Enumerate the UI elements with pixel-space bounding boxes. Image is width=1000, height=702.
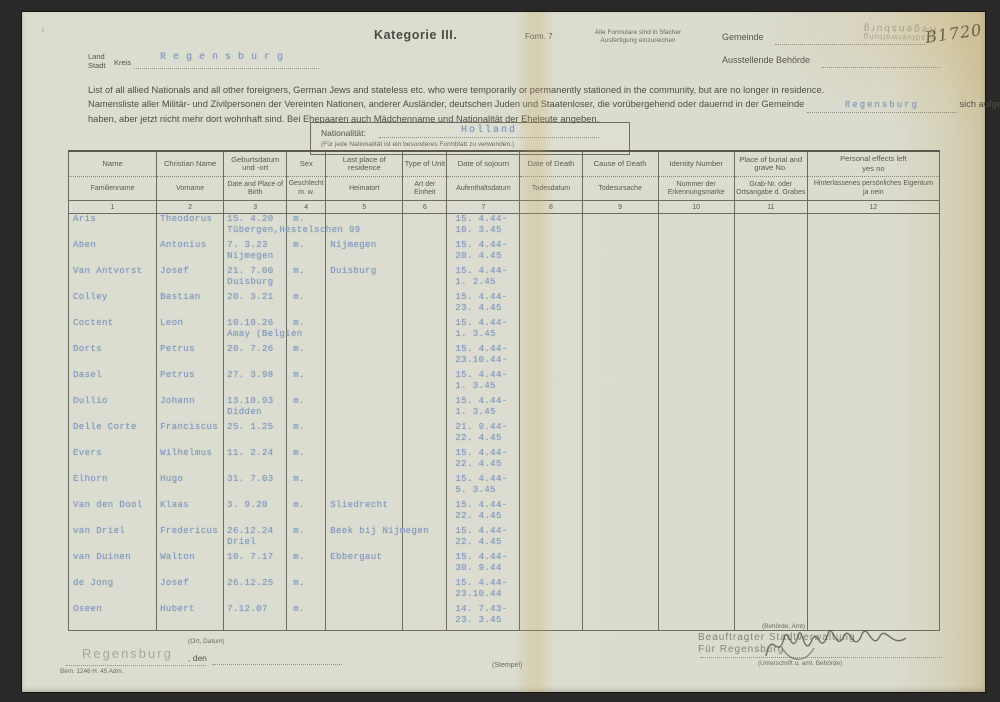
- cell-vorname: Bastian: [157, 292, 224, 318]
- cell-burial-place: [734, 292, 807, 318]
- table-row: Van AntvorstJosef21. 7.00Duisburgm.Duisb…: [69, 266, 940, 292]
- cell-death-date: [520, 578, 582, 604]
- cell-birth: 10.10.26Amay (Belgien: [224, 318, 287, 344]
- cell-personal-effects: [807, 500, 939, 526]
- cell-sojourn: 15. 4.44-22. 4.45: [447, 526, 520, 552]
- cell-identity-number: [658, 240, 734, 266]
- cell-sex: m.: [287, 396, 326, 422]
- cell-birth: 3. 9.20: [224, 500, 287, 526]
- cell-unit: [403, 422, 447, 448]
- cell-sojourn: 21. 9.44-22. 4.45: [447, 422, 520, 448]
- cell-personal-effects: [807, 266, 939, 292]
- table-row: de JongJosef26.12.25m.15. 4.44-23.10.44: [69, 578, 940, 604]
- cell-residence: Ebbergaut: [326, 552, 403, 578]
- column-header-1-en: Name: [69, 151, 157, 177]
- intro-german-text2: sich aufgehalten: [960, 99, 1000, 109]
- cell-sojourn: 15. 4.44-1. 3.45: [447, 370, 520, 396]
- cell-burial-place: [734, 578, 807, 604]
- column-header-11-en: Place of burial and grave No.: [734, 151, 807, 177]
- cell-familienname: Colley: [69, 292, 157, 318]
- cell-residence: [326, 448, 403, 474]
- column-header-8-num: 8: [520, 201, 582, 214]
- cell-death-date: [520, 422, 582, 448]
- column-header-6-num: 6: [403, 201, 447, 214]
- cell-unit: [403, 500, 447, 526]
- cell-unit: [403, 344, 447, 370]
- cell-unit: [403, 578, 447, 604]
- cell-unit: [403, 604, 447, 631]
- cell-birth: 31. 7.03: [224, 474, 287, 500]
- cell-vorname: Franciscus: [157, 422, 224, 448]
- cell-sex: m.: [287, 422, 326, 448]
- column-header-5-en: Last place of residence: [326, 151, 403, 177]
- table-row: DaselPetrus27. 3.98m.15. 4.44-1. 3.45: [69, 370, 940, 396]
- column-header-7-num: 7: [447, 201, 520, 214]
- cell-sojourn: 15. 4.44-1. 3.45: [447, 396, 520, 422]
- cell-vorname: Theodorus: [157, 214, 224, 241]
- cell-sex: m.: [287, 266, 326, 292]
- cell-identity-number: [658, 318, 734, 344]
- header-row-band-num: 123456789101112: [69, 201, 940, 214]
- cell-death-date: [520, 526, 582, 552]
- gemeinde-fill-line: [775, 44, 925, 45]
- kreis-label: Kreis: [114, 58, 131, 67]
- cell-burial-place: [734, 500, 807, 526]
- cell-burial-place: [734, 526, 807, 552]
- cell-residence: Duisburg: [326, 266, 403, 292]
- cell-burial-place: [734, 344, 807, 370]
- cell-death-cause: [582, 552, 658, 578]
- column-header-5-num: 5: [326, 201, 403, 214]
- cell-vorname: Johann: [157, 396, 224, 422]
- cell-sex: m.: [287, 344, 326, 370]
- column-header-2-num: 2: [157, 201, 224, 214]
- cell-identity-number: [658, 422, 734, 448]
- column-header-10-en: Identity Number: [658, 151, 734, 177]
- cell-unit: [403, 240, 447, 266]
- category-title: Kategorie III.: [374, 28, 457, 42]
- cell-vorname: Josef: [157, 266, 224, 292]
- cell-sojourn: 14. 7.43-23. 3.45: [447, 604, 520, 631]
- cell-death-cause: [582, 500, 658, 526]
- column-header-11-de: Grab-Nr. oder Ortsangabe d. Grabes: [734, 177, 807, 201]
- cell-death-date: [520, 500, 582, 526]
- intro-german-line1: Namensliste aller Militär- und Zivilpers…: [88, 98, 918, 114]
- cell-personal-effects: [807, 292, 939, 318]
- cell-personal-effects: [807, 214, 939, 241]
- cell-death-cause: [582, 604, 658, 631]
- cell-residence: [326, 578, 403, 604]
- nationality-note: (Für jede Nationalität ist ein besondere…: [321, 141, 514, 148]
- cell-death-cause: [582, 344, 658, 370]
- cell-familienname: Delle Corte: [69, 422, 157, 448]
- cell-death-date: [520, 214, 582, 241]
- cell-death-cause: [582, 214, 658, 241]
- date-fill-line: [212, 664, 342, 665]
- cell-identity-number: [658, 500, 734, 526]
- cell-birth: 26.12.25: [224, 578, 287, 604]
- kreis-typed-value: Regensburg: [160, 52, 290, 63]
- column-header-7-en: Date of sojourn: [447, 151, 520, 177]
- cell-unit: [403, 318, 447, 344]
- cell-unit: [403, 396, 447, 422]
- cell-vorname: Petrus: [157, 344, 224, 370]
- cell-identity-number: [658, 448, 734, 474]
- cell-vorname: Leon: [157, 318, 224, 344]
- cell-personal-effects: [807, 396, 939, 422]
- cell-death-cause: [582, 422, 658, 448]
- cell-burial-place: [734, 266, 807, 292]
- cell-personal-effects: [807, 552, 939, 578]
- cell-familienname: Evers: [69, 448, 157, 474]
- cell-identity-number: [658, 214, 734, 241]
- column-header-2-en: Christian Name: [157, 151, 224, 177]
- column-header-8-de: Todesdatum: [520, 177, 582, 201]
- intro-paragraph: List of all allied Nationals and all oth…: [88, 84, 918, 127]
- cell-residence: [326, 318, 403, 344]
- cell-birth: 26.12.24Driel: [224, 526, 287, 552]
- ausstellende-behoerde-label: Ausstellende Behörde: [722, 55, 810, 65]
- nationality-typed-value: Holland: [461, 125, 517, 136]
- cell-sojourn: 15. 4.44-23. 4.45: [447, 292, 520, 318]
- cell-death-date: [520, 266, 582, 292]
- cell-vorname: Fredericus: [157, 526, 224, 552]
- cell-death-cause: [582, 526, 658, 552]
- cell-sojourn: 15. 4.44-22. 4.45: [447, 500, 520, 526]
- cell-death-cause: [582, 578, 658, 604]
- ort-stamped-value: Regensburg: [82, 646, 173, 661]
- cell-identity-number: [658, 266, 734, 292]
- table-row: CoctentLeon10.10.26Amay (Belgienm.15. 4.…: [69, 318, 940, 344]
- cell-unit: [403, 292, 447, 318]
- land-label: Land: [88, 52, 106, 61]
- cell-birth: 21. 7.00Duisburg: [224, 266, 287, 292]
- signature-scribble: [762, 618, 912, 670]
- table-row: van DuinenWalton10. 7.17m.Ebbergaut15. 4…: [69, 552, 940, 578]
- cell-sex: m.: [287, 448, 326, 474]
- cell-birth: 20. 3.21: [224, 292, 287, 318]
- cell-burial-place: [734, 240, 807, 266]
- land-stadt-labels: Land Stadt: [88, 52, 106, 70]
- cell-residence: [326, 474, 403, 500]
- cell-familienname: Dasel: [69, 370, 157, 396]
- cell-birth: 11. 2.24: [224, 448, 287, 474]
- cell-identity-number: [658, 526, 734, 552]
- cell-birth: 13.10.93Didden: [224, 396, 287, 422]
- cell-death-date: [520, 448, 582, 474]
- cell-residence: [326, 344, 403, 370]
- cell-sojourn: 15. 4.44-1. 3.45: [447, 318, 520, 344]
- cell-death-cause: [582, 240, 658, 266]
- cell-personal-effects: [807, 344, 939, 370]
- column-header-11-num: 11: [734, 201, 807, 214]
- cell-personal-effects: [807, 474, 939, 500]
- nationality-label: Nationalität:: [321, 128, 366, 138]
- column-header-12-en: Personal effects leftyes no: [807, 151, 939, 177]
- table-row: van DrielFredericus26.12.24Drielm.Beek b…: [69, 526, 940, 552]
- cell-familienname: Van den Dool: [69, 500, 157, 526]
- cell-familienname: Aris: [69, 214, 157, 241]
- table-row: Van den DoolKlaas3. 9.20m.Sliedrecht15. …: [69, 500, 940, 526]
- cell-sex: m.: [287, 240, 326, 266]
- cell-sex: m.: [287, 292, 326, 318]
- table-row: AbenAntonius7. 3.23Nijmegenm.Nijmegen15.…: [69, 240, 940, 266]
- cell-residence: Nijmegen: [326, 240, 403, 266]
- cell-personal-effects: [807, 370, 939, 396]
- cell-death-cause: [582, 448, 658, 474]
- cell-birth: 27. 3.98: [224, 370, 287, 396]
- submission-note-line1: Alle Formulare sind in 5facher: [578, 29, 698, 37]
- cell-unit: [403, 448, 447, 474]
- print-code: Bem. 1246 H. 45 Adm.: [60, 668, 123, 675]
- cell-identity-number: [658, 396, 734, 422]
- cell-familienname: Coctent: [69, 318, 157, 344]
- table-row: ElhornHugo31. 7.03m.15. 4.44-5. 3.45: [69, 474, 940, 500]
- cell-personal-effects: [807, 422, 939, 448]
- cell-familienname: Aben: [69, 240, 157, 266]
- column-header-3-en: Geburtsdatum und -ort: [224, 151, 287, 177]
- nationality-fill-line: [379, 137, 599, 138]
- form-number-label: Form. 7: [525, 32, 553, 41]
- cell-vorname: Josef: [157, 578, 224, 604]
- table-row: EversWilhelmus11. 2.24m.15. 4.44-22. 4.4…: [69, 448, 940, 474]
- cell-birth: 7. 3.23Nijmegen: [224, 240, 287, 266]
- cell-birth: 15. 4.20Tübergen,Hestelschen 99: [224, 214, 287, 241]
- cell-unit: [403, 474, 447, 500]
- cell-personal-effects: [807, 578, 939, 604]
- ort-datum-caption: (Ort, Datum): [188, 638, 225, 645]
- cell-sojourn: 15. 4.44-23.10.44-: [447, 344, 520, 370]
- cell-vorname: Wilhelmus: [157, 448, 224, 474]
- cell-burial-place: [734, 318, 807, 344]
- cell-vorname: Hugo: [157, 474, 224, 500]
- column-header-9-num: 9: [582, 201, 658, 214]
- column-header-10-num: 10: [658, 201, 734, 214]
- column-header-9-de: Todesursache: [582, 177, 658, 201]
- submission-note: Alle Formulare sind in 5facher Ausfertig…: [578, 29, 698, 45]
- cell-unit: [403, 552, 447, 578]
- cell-sojourn: 15. 4.44-23.10.44: [447, 578, 520, 604]
- column-header-3-de: Date and Place of Birth: [224, 177, 287, 201]
- cell-unit: [403, 370, 447, 396]
- cell-identity-number: [658, 370, 734, 396]
- den-label: , den: [188, 653, 207, 663]
- stempel-caption: (Stempel): [492, 662, 522, 669]
- column-header-4-num: 4: [287, 201, 326, 214]
- cell-residence: Sliedrecht: [326, 500, 403, 526]
- cell-sex: m.: [287, 500, 326, 526]
- cell-familienname: de Jong: [69, 578, 157, 604]
- table-row: ColleyBastian20. 3.21m.15. 4.44-23. 4.45: [69, 292, 940, 318]
- cell-death-cause: [582, 318, 658, 344]
- header-row-band-en: NameChristian NameGeburtsdatum und -ortS…: [69, 151, 940, 177]
- cell-residence: [326, 604, 403, 631]
- cell-familienname: Dorts: [69, 344, 157, 370]
- cell-residence: [326, 292, 403, 318]
- cell-death-date: [520, 474, 582, 500]
- table-row: DullioJohann13.10.93Diddenm.15. 4.44-1. …: [69, 396, 940, 422]
- roster-table: NameChristian NameGeburtsdatum und -ortS…: [68, 150, 940, 631]
- cell-vorname: Klaas: [157, 500, 224, 526]
- cell-death-date: [520, 552, 582, 578]
- cell-death-date: [520, 370, 582, 396]
- cell-sex: m.: [287, 370, 326, 396]
- cell-sojourn: 15. 4.44-22. 4.45: [447, 448, 520, 474]
- cell-death-cause: [582, 292, 658, 318]
- cell-burial-place: [734, 396, 807, 422]
- cell-personal-effects: [807, 526, 939, 552]
- cell-unit: [403, 214, 447, 241]
- cell-vorname: Walton: [157, 552, 224, 578]
- submission-note-line2: Ausfertigung einzureichen: [578, 37, 698, 45]
- column-header-2-de: Vorname: [157, 177, 224, 201]
- cell-personal-effects: [807, 240, 939, 266]
- cell-sex: m.: [287, 578, 326, 604]
- cell-identity-number: [658, 474, 734, 500]
- cell-vorname: Hubert: [157, 604, 224, 631]
- document-page: Kategorie III. Form. 7 Alle Formulare si…: [22, 12, 985, 692]
- cell-sex: m.: [287, 604, 326, 631]
- table-row: ArisTheodorus15. 4.20Tübergen,Hestelsche…: [69, 214, 940, 241]
- cell-residence: Beek bij Nijmegen: [326, 526, 403, 552]
- cell-death-date: [520, 344, 582, 370]
- column-header-1-num: 1: [69, 201, 157, 214]
- cell-death-date: [520, 396, 582, 422]
- cell-burial-place: [734, 448, 807, 474]
- cell-birth: 7.12.07: [224, 604, 287, 631]
- cell-identity-number: [658, 292, 734, 318]
- cell-burial-place: [734, 214, 807, 241]
- cell-death-date: [520, 292, 582, 318]
- cell-death-cause: [582, 266, 658, 292]
- cell-familienname: Dullio: [69, 396, 157, 422]
- column-header-10-de: Nummer der Erkennungsmarke: [658, 177, 734, 201]
- column-header-7-de: Aufenthaltsdatum: [447, 177, 520, 201]
- cell-identity-number: [658, 552, 734, 578]
- cell-birth: 10. 7.17: [224, 552, 287, 578]
- cell-personal-effects: [807, 318, 939, 344]
- cell-familienname: Oseen: [69, 604, 157, 631]
- cell-birth: 25. 1.25: [224, 422, 287, 448]
- kreis-fill-line: [134, 68, 319, 69]
- header-row-band-de: FamiliennameVornameDate and Place of Bir…: [69, 177, 940, 201]
- column-header-8-en: Date of Death: [520, 151, 582, 177]
- cell-burial-place: [734, 422, 807, 448]
- column-header-6-de: Art der Einheit: [403, 177, 447, 201]
- cell-sojourn: 15. 4.44-30. 9.44: [447, 552, 520, 578]
- cell-sojourn: 15. 4.44-1. 2.45: [447, 266, 520, 292]
- cell-residence: [326, 370, 403, 396]
- cell-burial-place: [734, 474, 807, 500]
- stadt-label: Stadt: [88, 61, 106, 70]
- behoerde-fill-line: [822, 67, 940, 68]
- intro-german-text1: Namensliste aller Militär- und Zivilpers…: [88, 99, 804, 109]
- cell-familienname: van Driel: [69, 526, 157, 552]
- cell-sex: m.: [287, 552, 326, 578]
- gemeinde-label: Gemeinde: [722, 32, 764, 42]
- column-header-4-de: Geschlechtm. w.: [287, 177, 326, 201]
- cell-vorname: Antonius: [157, 240, 224, 266]
- cell-death-date: [520, 318, 582, 344]
- cell-sojourn: 15. 4.44-20. 4.45: [447, 240, 520, 266]
- cell-burial-place: [734, 552, 807, 578]
- cell-residence: [326, 396, 403, 422]
- cell-death-date: [520, 604, 582, 631]
- table-row: Delle CorteFranciscus25. 1.25m.21. 9.44-…: [69, 422, 940, 448]
- cell-identity-number: [658, 344, 734, 370]
- cell-sojourn: 15. 4.44-10. 3.45: [447, 214, 520, 241]
- scanned-document-viewer: Kategorie III. Form. 7 Alle Formulare si…: [0, 0, 1000, 702]
- column-header-4-en: Sex: [287, 151, 326, 177]
- cell-personal-effects: [807, 448, 939, 474]
- cell-birth: 20. 7.26: [224, 344, 287, 370]
- column-header-6-en: Type of Unit: [403, 151, 447, 177]
- cell-identity-number: [658, 578, 734, 604]
- cell-death-date: [520, 240, 582, 266]
- column-header-12-de: Hinterlassenes persönliches Eigentumja n…: [807, 177, 939, 201]
- cell-residence: [326, 422, 403, 448]
- cell-burial-place: [734, 370, 807, 396]
- column-header-12-num: 12: [807, 201, 939, 214]
- ort-fill-line: [66, 665, 206, 666]
- cell-sex: m.: [287, 526, 326, 552]
- cell-death-cause: [582, 474, 658, 500]
- cell-sojourn: 15. 4.44-5. 3.45: [447, 474, 520, 500]
- column-header-9-en: Cause of Death: [582, 151, 658, 177]
- cell-death-cause: [582, 370, 658, 396]
- gemeinde-typed-value: Regensburg: [807, 99, 957, 114]
- cell-familienname: Van Antvorst: [69, 266, 157, 292]
- cell-familienname: van Duinen: [69, 552, 157, 578]
- cell-death-cause: [582, 396, 658, 422]
- intro-english: List of all allied Nationals and all oth…: [88, 84, 918, 98]
- cell-identity-number: [658, 604, 734, 631]
- cell-familienname: Elhorn: [69, 474, 157, 500]
- column-header-1-de: Familienname: [69, 177, 157, 201]
- cell-unit: [403, 266, 447, 292]
- column-header-3-num: 3: [224, 201, 287, 214]
- cell-sex: m.: [287, 474, 326, 500]
- cell-vorname: Petrus: [157, 370, 224, 396]
- table-row: DortsPetrus20. 7.26m.15. 4.44-23.10.44-: [69, 344, 940, 370]
- column-header-5-de: Heimatort: [326, 177, 403, 201]
